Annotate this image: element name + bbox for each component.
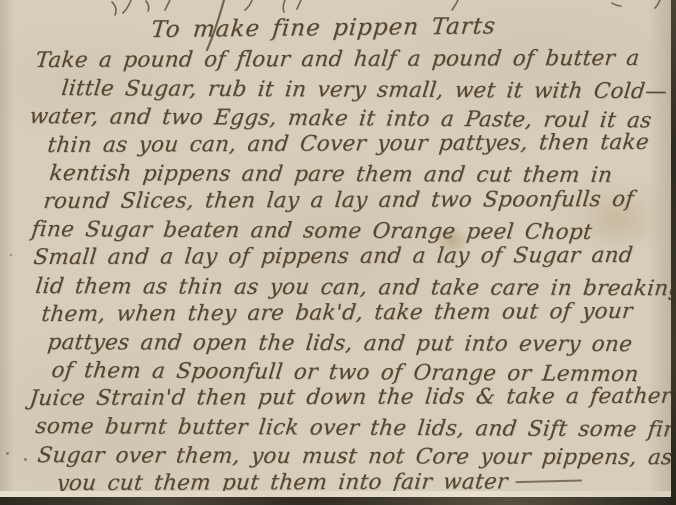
recipe-title: To make fine pippen Tarts	[150, 13, 497, 43]
manuscript-line: pattyes and open the lids, and put into …	[46, 329, 676, 359]
manuscript-line: Juice Strain'd then put down the lids & …	[28, 383, 676, 413]
manuscript-line: some burnt butter lick over the lids, an…	[34, 413, 676, 445]
manuscript-line: round Slices, then lay a lay and two Spo…	[42, 186, 676, 216]
manuscript-line: little Sugar, rub it in very small, wet …	[60, 75, 676, 106]
manuscript-line: Small and a lay of pippens and a lay of …	[32, 242, 676, 272]
manuscript-line: thin as you can, and Cover your pattyes,…	[46, 128, 676, 159]
recipe-body: Take a pound of flour and half a pound o…	[0, 47, 676, 498]
manuscript-page: To make fine pippen Tarts Take a pound o…	[0, 0, 676, 505]
manuscript-line: them, when they are bak'd, take them out…	[40, 297, 676, 329]
ink-spot	[24, 458, 27, 461]
page-edge-right	[671, 0, 676, 505]
end-flourish	[516, 479, 582, 483]
ink-spot	[10, 254, 12, 256]
manuscript-line: Take a pound of flour and half a pound o…	[34, 45, 676, 75]
ink-spot	[6, 452, 9, 455]
page-edge-bottom-dark	[0, 497, 676, 505]
